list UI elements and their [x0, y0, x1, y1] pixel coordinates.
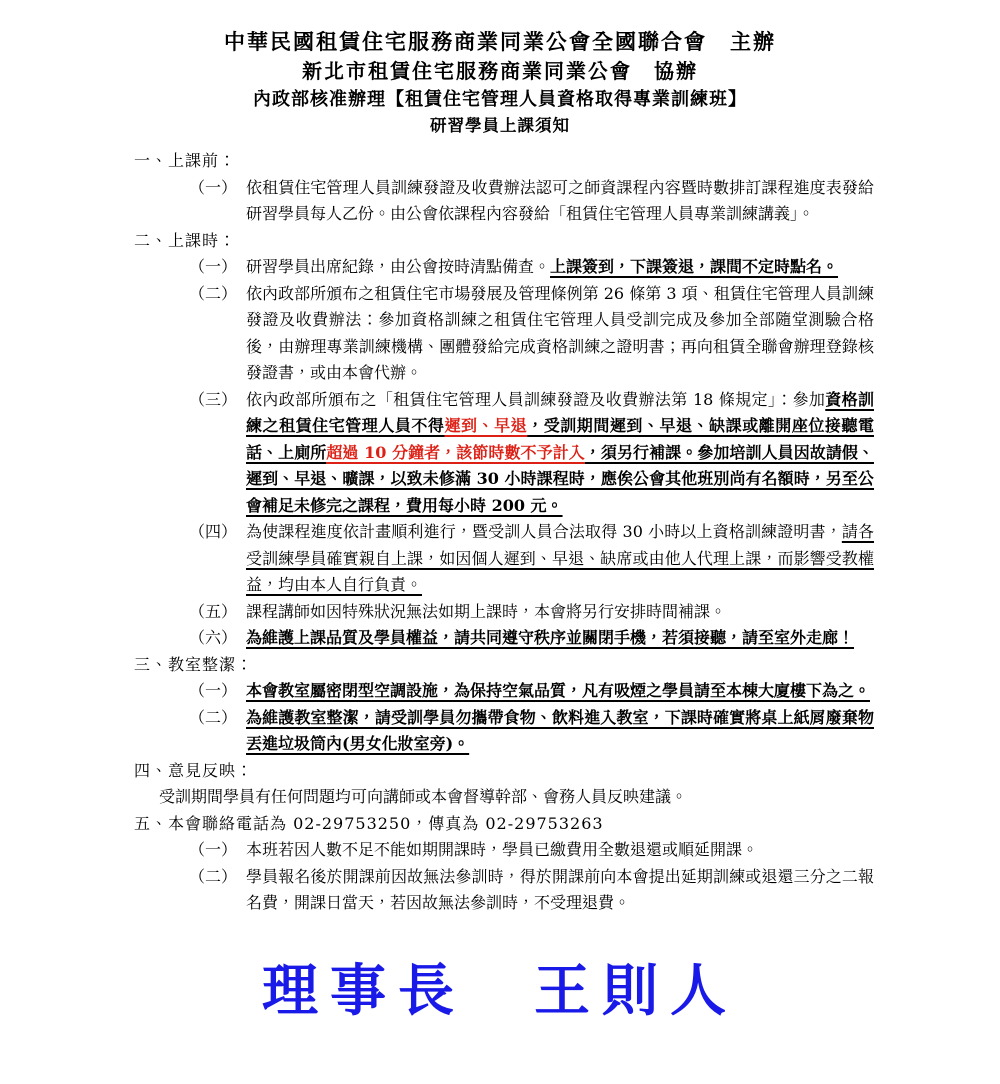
- list-item: （六）為維護上課品質及學員權益，請共同遵守秩序並關閉手機，若須接聽，請至室外走廊…: [134, 625, 874, 652]
- item-marker: （一）: [189, 678, 246, 705]
- item-text: 學員報名後於開課前因故無法參訓時，得於開課前向本會提出延期訓練或退還三分之二報名…: [246, 864, 874, 917]
- item-marker: （六）: [189, 625, 246, 652]
- list-item: （二）學員報名後於開課前因故無法參訓時，得於開課前向本會提出延期訓練或退還三分之…: [134, 864, 874, 917]
- document-page: 中華民國租賃住宅服務商業同業公會全國聯合會 主辦 新北市租賃住宅服務商業同業公會…: [0, 0, 1000, 1084]
- chairman-signature: 理事長 王則人: [0, 955, 1000, 1027]
- item-marker: （五）: [189, 599, 246, 626]
- section: 五、本會聯絡電話為 02-29753250，傳真為 02-29753263（一）…: [134, 811, 874, 917]
- section: 一、上課前：（一）依租賃住宅管理人員訓練發證及收費辦法認可之師資課程內容暨時數排…: [134, 148, 874, 228]
- section: 二、上課時：（一）研習學員出席紀錄，由公會按時清點備查。上課簽到，下課簽退，課間…: [134, 228, 874, 652]
- list-item: （二）為維護教室整潔，請受訓學員勿攜帶食物、飲料進入教室，下課時確實將桌上紙屑廢…: [134, 705, 874, 758]
- document-footer: 理事長 王則人: [0, 955, 1000, 1027]
- item-marker: （三）: [189, 387, 246, 414]
- text-run: 為維護上課品質及學員權益，請共同遵守秩序並關閉手機，若須接聽，請至室外走廊！: [246, 628, 854, 647]
- document-body: 一、上課前：（一）依租賃住宅管理人員訓練發證及收費辦法認可之師資課程內容暨時數排…: [0, 148, 1000, 917]
- document-header: 中華民國租賃住宅服務商業同業公會全國聯合會 主辦 新北市租賃住宅服務商業同業公會…: [0, 0, 1000, 138]
- item-text: 研習學員出席紀錄，由公會按時清點備查。上課簽到，下課簽退，課間不定時點名。: [246, 254, 874, 281]
- text-run: 為維護教室整潔，請受訓學員勿攜帶食物、飲料進入教室，下課時確實將桌上紙屑廢棄物丟…: [246, 708, 874, 754]
- text-run: 本班若因人數不足不能如期開課時，學員已繳費用全數退還或順延開課。: [246, 840, 758, 859]
- item-text: 為維護上課品質及學員權益，請共同遵守秩序並關閉手機，若須接聽，請至室外走廊！: [246, 625, 874, 652]
- text-run: 超過 10 分鐘者，該節時數不予計入: [326, 443, 584, 462]
- item-marker: （二）: [189, 864, 246, 891]
- item-text: 本會教室屬密閉型空調設施，為保持空氣品質，凡有吸煙之學員請至本棟大廈樓下為之。: [246, 678, 874, 705]
- item-marker: （一）: [189, 254, 246, 281]
- item-marker: （一）: [189, 175, 246, 202]
- item-text: 依內政部所頒布之租賃住宅市場發展及管理條例第 26 條第 3 項、租賃住宅管理人…: [246, 281, 874, 387]
- section-title: 三、教室整潔：: [134, 652, 874, 679]
- text-run: 課程講師如因特殊狀況無法如期上課時，本會將另行安排時間補課。: [246, 602, 726, 621]
- item-text: 為維護教室整潔，請受訓學員勿攜帶食物、飲料進入教室，下課時確實將桌上紙屑廢棄物丟…: [246, 705, 874, 758]
- section: 四、意見反映：受訓期間學員有任何問題均可向講師或本會督導幹部、會務人員反映建議。: [134, 758, 874, 811]
- section-title: 五、本會聯絡電話為 02-29753250，傳真為 02-29753263: [134, 811, 874, 838]
- approval-line: 內政部核准辦理【租賃住宅管理人員資格取得專業訓練班】: [0, 86, 1000, 113]
- text-run: 依租賃住宅管理人員訓練發證及收費辦法認可之師資課程內容暨時數排訂課程進度表發給研…: [246, 178, 874, 224]
- section-title: 一、上課前：: [134, 148, 874, 175]
- item-marker: （二）: [189, 281, 246, 308]
- item-text: 依內政部所頒布之「租賃住宅管理人員訓練發證及收費辦法第 18 條規定」：參加資格…: [246, 387, 874, 520]
- item-text: 依租賃住宅管理人員訓練發證及收費辦法認可之師資課程內容暨時數排訂課程進度表發給研…: [246, 175, 874, 228]
- list-item: （一）依租賃住宅管理人員訓練發證及收費辦法認可之師資課程內容暨時數排訂課程進度表…: [134, 175, 874, 228]
- co-organizer-line: 新北市租賃住宅服務商業同業公會 協辦: [0, 57, 1000, 86]
- list-item: （一）本會教室屬密閉型空調設施，為保持空氣品質，凡有吸煙之學員請至本棟大廈樓下為…: [134, 678, 874, 705]
- item-marker: （二）: [189, 705, 246, 732]
- item-text: 為使課程進度依計畫順利進行，暨受訓人員合法取得 30 小時以上資格訓練證明書，請…: [246, 519, 874, 599]
- text-run: 遲到、早退: [444, 416, 527, 435]
- item-marker: （四）: [189, 519, 246, 546]
- list-item: （四）為使課程進度依計畫順利進行，暨受訓人員合法取得 30 小時以上資格訓練證明…: [134, 519, 874, 599]
- list-item: （一）研習學員出席紀錄，由公會按時清點備查。上課簽到，下課簽退，課間不定時點名。: [134, 254, 874, 281]
- text-run: 上課簽到，下課簽退，課間不定時點名。: [550, 257, 838, 276]
- item-marker: （一）: [189, 837, 246, 864]
- section-title: 四、意見反映：: [134, 758, 874, 785]
- text-run: 依內政部所頒布之「租賃住宅管理人員訓練發證及收費辦法第 18 條規定」：參加: [246, 390, 825, 409]
- text-run: 受訓期間學員有任何問題均可向講師或本會督導幹部、會務人員反映建議。: [159, 787, 687, 806]
- text-run: 研習學員出席紀錄，由公會按時清點備查。: [246, 257, 550, 276]
- section: 三、教室整潔：（一）本會教室屬密閉型空調設施，為保持空氣品質，凡有吸煙之學員請至…: [134, 652, 874, 758]
- text-run: 學員報名後於開課前因故無法參訓時，得於開課前向本會提出延期訓練或退還三分之二報名…: [246, 867, 874, 913]
- text-run: 依內政部所頒布之租賃住宅市場發展及管理條例第 26 條第 3 項、租賃住宅管理人…: [246, 284, 874, 383]
- section-note: 受訓期間學員有任何問題均可向講師或本會督導幹部、會務人員反映建議。: [159, 784, 874, 811]
- item-text: 本班若因人數不足不能如期開課時，學員已繳費用全數退還或順延開課。: [246, 837, 874, 864]
- list-item: （一）本班若因人數不足不能如期開課時，學員已繳費用全數退還或順延開課。: [134, 837, 874, 864]
- organizer-line: 中華民國租賃住宅服務商業同業公會全國聯合會 主辦: [0, 26, 1000, 57]
- text-run: 本會教室屬密閉型空調設施，為保持空氣品質，凡有吸煙之學員請至本棟大廈樓下為之。: [246, 681, 870, 700]
- document-subtitle: 研習學員上課須知: [0, 113, 1000, 138]
- list-item: （二）依內政部所頒布之租賃住宅市場發展及管理條例第 26 條第 3 項、租賃住宅…: [134, 281, 874, 387]
- item-text: 課程講師如因特殊狀況無法如期上課時，本會將另行安排時間補課。: [246, 599, 874, 626]
- section-title: 二、上課時：: [134, 228, 874, 255]
- list-item: （三）依內政部所頒布之「租賃住宅管理人員訓練發證及收費辦法第 18 條規定」：參…: [134, 387, 874, 520]
- list-item: （五）課程講師如因特殊狀況無法如期上課時，本會將另行安排時間補課。: [134, 599, 874, 626]
- text-run: 為使課程進度依計畫順利進行，暨受訓人員合法取得 30 小時以上資格訓練證明書，: [246, 522, 842, 541]
